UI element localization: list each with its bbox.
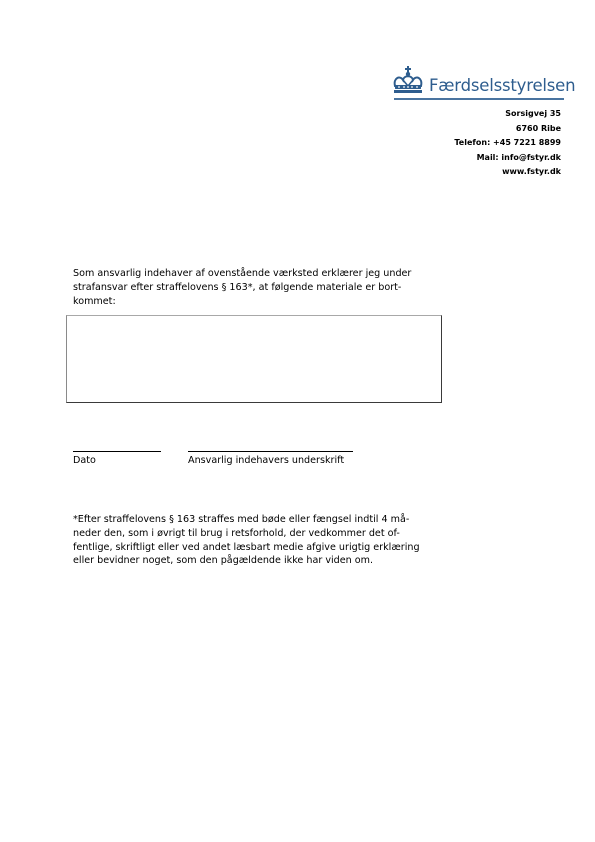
footnote-text: *Efter straffelovens § 163 straffes med … <box>73 513 453 568</box>
address-block: Sorsigvej 35 6760 Ribe Telefon: +45 7221… <box>454 107 561 180</box>
crown-icon <box>392 66 424 96</box>
agency-name: Færdselsstyrelsen <box>429 76 575 95</box>
footnote-line: eller bevidner noget, som den pågældende… <box>73 554 453 568</box>
footnote-line: neder den, som i øvrigt til brug i retsf… <box>73 527 453 541</box>
address-phone: Telefon: +45 7221 8899 <box>454 136 561 151</box>
signature-line[interactable] <box>188 451 353 452</box>
signature-label: Ansvarlig indehavers underskrift <box>188 455 344 466</box>
declaration-text: Som ansvarlig indehaver af ovenstående v… <box>73 267 453 308</box>
declaration-line: kommet: <box>73 295 453 309</box>
declaration-line: Som ansvarlig indehaver af ovenstående v… <box>73 267 453 281</box>
missing-materials-field[interactable] <box>66 315 442 403</box>
address-website: www.fstyr.dk <box>454 165 561 180</box>
agency-logo: Færdselsstyrelsen <box>392 66 564 100</box>
footnote-line: *Efter straffelovens § 163 straffes med … <box>73 513 453 527</box>
date-label: Dato <box>73 455 96 466</box>
address-street: Sorsigvej 35 <box>454 107 561 122</box>
date-line[interactable] <box>73 451 161 452</box>
logo-underline <box>394 98 564 100</box>
footnote-line: fentlige, skriftligt eller ved andet læs… <box>73 541 453 555</box>
address-city: 6760 Ribe <box>454 122 561 137</box>
declaration-line: strafansvar efter straffelovens § 163*, … <box>73 281 453 295</box>
address-mail: Mail: info@fstyr.dk <box>454 151 561 166</box>
